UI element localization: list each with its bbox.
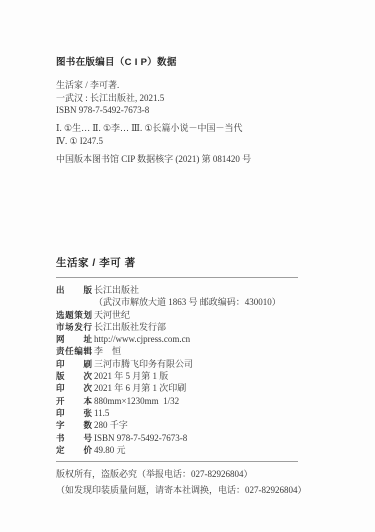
copyright-notice: 版权所有，盗版必究（举报电话：027-82926804） （如发现印装质量问题，… [56,466,307,498]
colophon-label: 印次 [56,382,92,394]
colophon-label: 网址 [56,333,92,345]
cip-bib-line: 一武汉 : 长江出版社, 2021.5 [56,92,251,105]
colophon-row: 出版 长江出版社 [56,284,281,296]
colophon-label: 责任编辑 [56,345,92,357]
colophon-row: 责任编辑 李 恒 [56,345,281,357]
copyright-line: 版权所有，盗版必究（举报电话：027-82926804） [56,466,307,482]
colophon-row: 印次 2021 年 6 月第 1 次印刷 [56,382,281,394]
colophon-value: 天河世纪 [94,309,130,321]
colophon-block: 出版 长江出版社 （武汉市解放大道 1863 号 邮政编码：430010） 选题… [56,284,281,456]
book-copyright-page: 图书在版编目（C I P）数据 生活家 / 李可著. 一武汉 : 长江出版社, … [0,0,375,532]
cip-class-line: Ⅳ. ① I247.5 [56,135,251,148]
colophon-row: 印张 11.5 [56,407,281,419]
cip-bib-line: 生活家 / 李可著. [56,79,251,92]
colophon-label: 印张 [56,407,92,419]
colophon-value: 长江出版社发行部 [94,321,166,333]
colophon-row: 印刷 三河市腾飞印务有限公司 [56,358,281,370]
colophon-value: 280 千字 [94,419,128,431]
colophon-label: 印刷 [56,358,92,370]
colophon-value: ISBN 978-7-5492-7673-8 [94,432,187,444]
colophon-value: 880mm×1230mm 1/32 [94,395,179,407]
divider-bottom [56,461,298,462]
colophon-value: 11.5 [94,407,109,419]
cip-bibliographic-group: 生活家 / 李可著. 一武汉 : 长江出版社, 2021.5 ISBN 978-… [56,79,251,117]
copyright-line: （如发现印装质量问题，请寄本社调换，电话：027-82926804） [56,482,307,498]
colophon-value: http://www.cjpress.com.cn [94,333,190,345]
colophon-row: 开本 880mm×1230mm 1/32 [56,395,281,407]
colophon-row: 版次 2021 年 5 月第 1 版 [56,370,281,382]
colophon-value: 长江出版社 [94,284,139,296]
colophon-value: 三河市腾飞印务有限公司 [94,358,193,370]
colophon-row: 字数 280 千字 [56,419,281,431]
cip-bib-line: ISBN 978-7-5492-7673-8 [56,104,251,117]
colophon-label: 出版 [56,284,92,296]
colophon-row: 选题策划 天河世纪 [56,309,281,321]
colophon-row: 市场发行 长江出版社发行部 [56,321,281,333]
colophon-row: （武汉市解放大道 1863 号 邮政编码：430010） [56,296,281,308]
cip-class-line: Ⅰ. ①生… Ⅱ. ①李… Ⅲ. ①长篇小说－中国－当代 [56,122,251,135]
colophon-value: 2021 年 6 月第 1 次印刷 [94,382,186,394]
colophon-label: 字数 [56,419,92,431]
colophon-value: 49.80 元 [94,444,126,456]
colophon-label: 版次 [56,370,92,382]
divider-top [56,277,298,278]
colophon-row: 网址 http://www.cjpress.com.cn [56,333,281,345]
colophon-label: 市场发行 [56,321,92,333]
colophon-value: 2021 年 5 月第 1 版 [94,370,168,382]
colophon-row: 书号 ISBN 978-7-5492-7673-8 [56,432,281,444]
colophon-label: 选题策划 [56,309,92,321]
colophon-label: 书号 [56,432,92,444]
book-title-line: 生活家 / 李可 著 [56,257,136,269]
colophon-value: （武汉市解放大道 1863 号 邮政编码：430010） [94,296,281,308]
cip-record-line: 中国版本图书馆 CIP 数据核字 (2021) 第 081420 号 [56,153,251,166]
colophon-row: 定价 49.80 元 [56,444,281,456]
colophon-value: 李 恒 [94,345,121,357]
cip-heading: 图书在版编目（C I P）数据 [56,57,251,69]
cip-classification-group: Ⅰ. ①生… Ⅱ. ①李… Ⅲ. ①长篇小说－中国－当代 Ⅳ. ① I247.5 [56,122,251,147]
cip-data-block: 图书在版编目（C I P）数据 生活家 / 李可著. 一武汉 : 长江出版社, … [56,57,251,165]
colophon-label: 定价 [56,444,92,456]
colophon-label: 开本 [56,395,92,407]
